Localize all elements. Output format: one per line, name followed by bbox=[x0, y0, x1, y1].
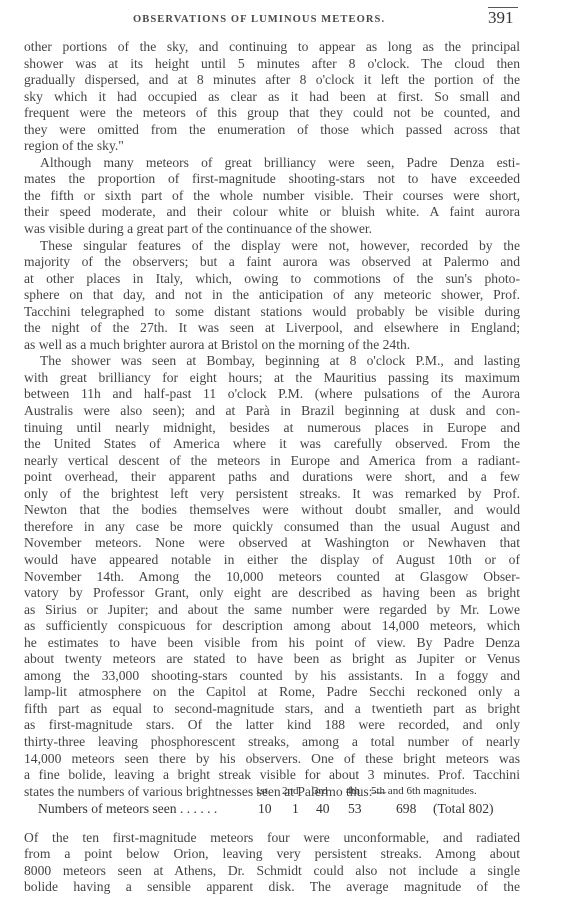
text-line: sky which it had occupied as clear as it… bbox=[24, 89, 520, 106]
text-line: mates the proportion of first-magnitude … bbox=[24, 171, 520, 188]
text-line: with great brilliancy for eight hours; a… bbox=[24, 370, 520, 387]
text-line: region of the sky." bbox=[24, 138, 520, 155]
text-line: from a point below Orion, leaving very p… bbox=[24, 846, 520, 862]
text-line: November 14th. Among the 10,000 meteors … bbox=[24, 569, 520, 586]
text-line: nearly vertical descent of the meteors i… bbox=[24, 453, 520, 470]
text-line: lamp-lit atmosphere on the Capitol at Ro… bbox=[24, 684, 520, 701]
text-line: sphere on that day, and not in the antic… bbox=[24, 287, 520, 304]
text-line: would have appeared notable in either th… bbox=[24, 552, 520, 569]
text-line: at other places in Italy, which, owing t… bbox=[24, 271, 520, 288]
text-line: about twenty meteors are stated to have … bbox=[24, 651, 520, 668]
body-text: other portions of the sky, and continuin… bbox=[24, 39, 520, 800]
table-cell: 1 bbox=[292, 801, 299, 817]
paragraph-start: These singular features of the display w… bbox=[24, 238, 520, 255]
table-total: (Total 802) bbox=[433, 801, 494, 817]
text-line: other portions of the sky, and continuin… bbox=[24, 39, 520, 56]
text-line: their speed moderate, and their colour w… bbox=[24, 204, 520, 221]
paragraph-start: Although many meteors of great brillianc… bbox=[24, 155, 520, 172]
table-row-label: Numbers of meteors seen . . . . . . bbox=[38, 801, 217, 817]
text-line: Tacchini telegraphed to some distant sta… bbox=[24, 304, 520, 321]
table-header: 4th bbox=[346, 785, 360, 797]
magnitude-table: 1st 2nd 3rd 4th 5th and 6th magnitudes. … bbox=[0, 785, 566, 825]
text-line: as sufficiently conspicuous for descript… bbox=[24, 618, 520, 635]
text-line: 14,000 meteors seen there by his observe… bbox=[24, 751, 520, 768]
text-line: the fifth or sixth part of the whole num… bbox=[24, 188, 520, 205]
text-line: they were omitted from the enumeration o… bbox=[24, 122, 520, 139]
text-line: bolide having a sensible apparent disk. … bbox=[24, 879, 520, 895]
text-line: thirty-three leaving phosphorescent stre… bbox=[24, 734, 520, 751]
text-line: Newton that the bodies themselves were w… bbox=[24, 502, 520, 519]
text-line: was visible during a great part of the c… bbox=[24, 221, 520, 238]
text-line: among the 33,000 shooting-stars counted … bbox=[24, 668, 520, 685]
text-line: Of the ten first-magnitude meteors four … bbox=[24, 830, 520, 846]
table-header: 5th and 6th magnitudes. bbox=[371, 785, 477, 797]
running-title: Observations of Luminous Meteors. bbox=[133, 14, 385, 25]
table-header: 3rd bbox=[313, 785, 328, 797]
text-line: Australis were also seen); and at Parà i… bbox=[24, 403, 520, 420]
paragraph-start: The shower was seen at Bombay, beginning… bbox=[24, 353, 520, 370]
text-line: November meteors. None were observed at … bbox=[24, 535, 520, 552]
text-line: as Sirius or Jupiter; and about the same… bbox=[24, 602, 520, 619]
text-line: point overhead, their apparent paths and… bbox=[24, 469, 520, 486]
text-line: 8000 meteors seen at Athens, Dr. Schmidt… bbox=[24, 863, 520, 879]
text-line: tinuing until nearly midnight, besides a… bbox=[24, 420, 520, 437]
text-line: only of the brightest left very persiste… bbox=[24, 486, 520, 503]
text-line: as first-magnitude stars. Of the latter … bbox=[24, 717, 520, 734]
text-line: frequent were the meteors of this group … bbox=[24, 105, 520, 122]
page-number: 391 bbox=[488, 8, 514, 28]
table-cell: 10 bbox=[258, 801, 272, 817]
table-header: 2nd bbox=[282, 785, 299, 797]
table-cell: 40 bbox=[316, 801, 330, 817]
text-line: gradually dispersed, and at 8 minutes af… bbox=[24, 72, 520, 89]
text-line: a fine bolide, leaving a bright streak v… bbox=[24, 767, 520, 784]
text-line: the night of the 27th. It was seen at Li… bbox=[24, 320, 520, 337]
table-cell: 53 bbox=[348, 801, 362, 817]
table-header: 1st bbox=[255, 785, 268, 797]
text-line: as well as a much brighter aurora at Bri… bbox=[24, 337, 520, 354]
text-line: shower was at its height until 5 minutes… bbox=[24, 56, 520, 73]
page-header: Observations of Luminous Meteors. 391 bbox=[0, 8, 566, 30]
table-cell: 698 bbox=[396, 801, 416, 817]
closing-paragraph: Of the ten first-magnitude meteors four … bbox=[24, 830, 520, 896]
text-line: fifth part as equal to second-magnitude … bbox=[24, 701, 520, 718]
text-line: therefore in any case be more quickly co… bbox=[24, 519, 520, 536]
text-line: majority of the observers; but a faint a… bbox=[24, 254, 520, 271]
text-line: he estimates to have been visible from h… bbox=[24, 635, 520, 652]
text-line: the United States of America where it wa… bbox=[24, 436, 520, 453]
text-line: between 11h and half-past 11 o'clock P.M… bbox=[24, 386, 520, 403]
text-line: vatory by Professor Grant, only eight ar… bbox=[24, 585, 520, 602]
